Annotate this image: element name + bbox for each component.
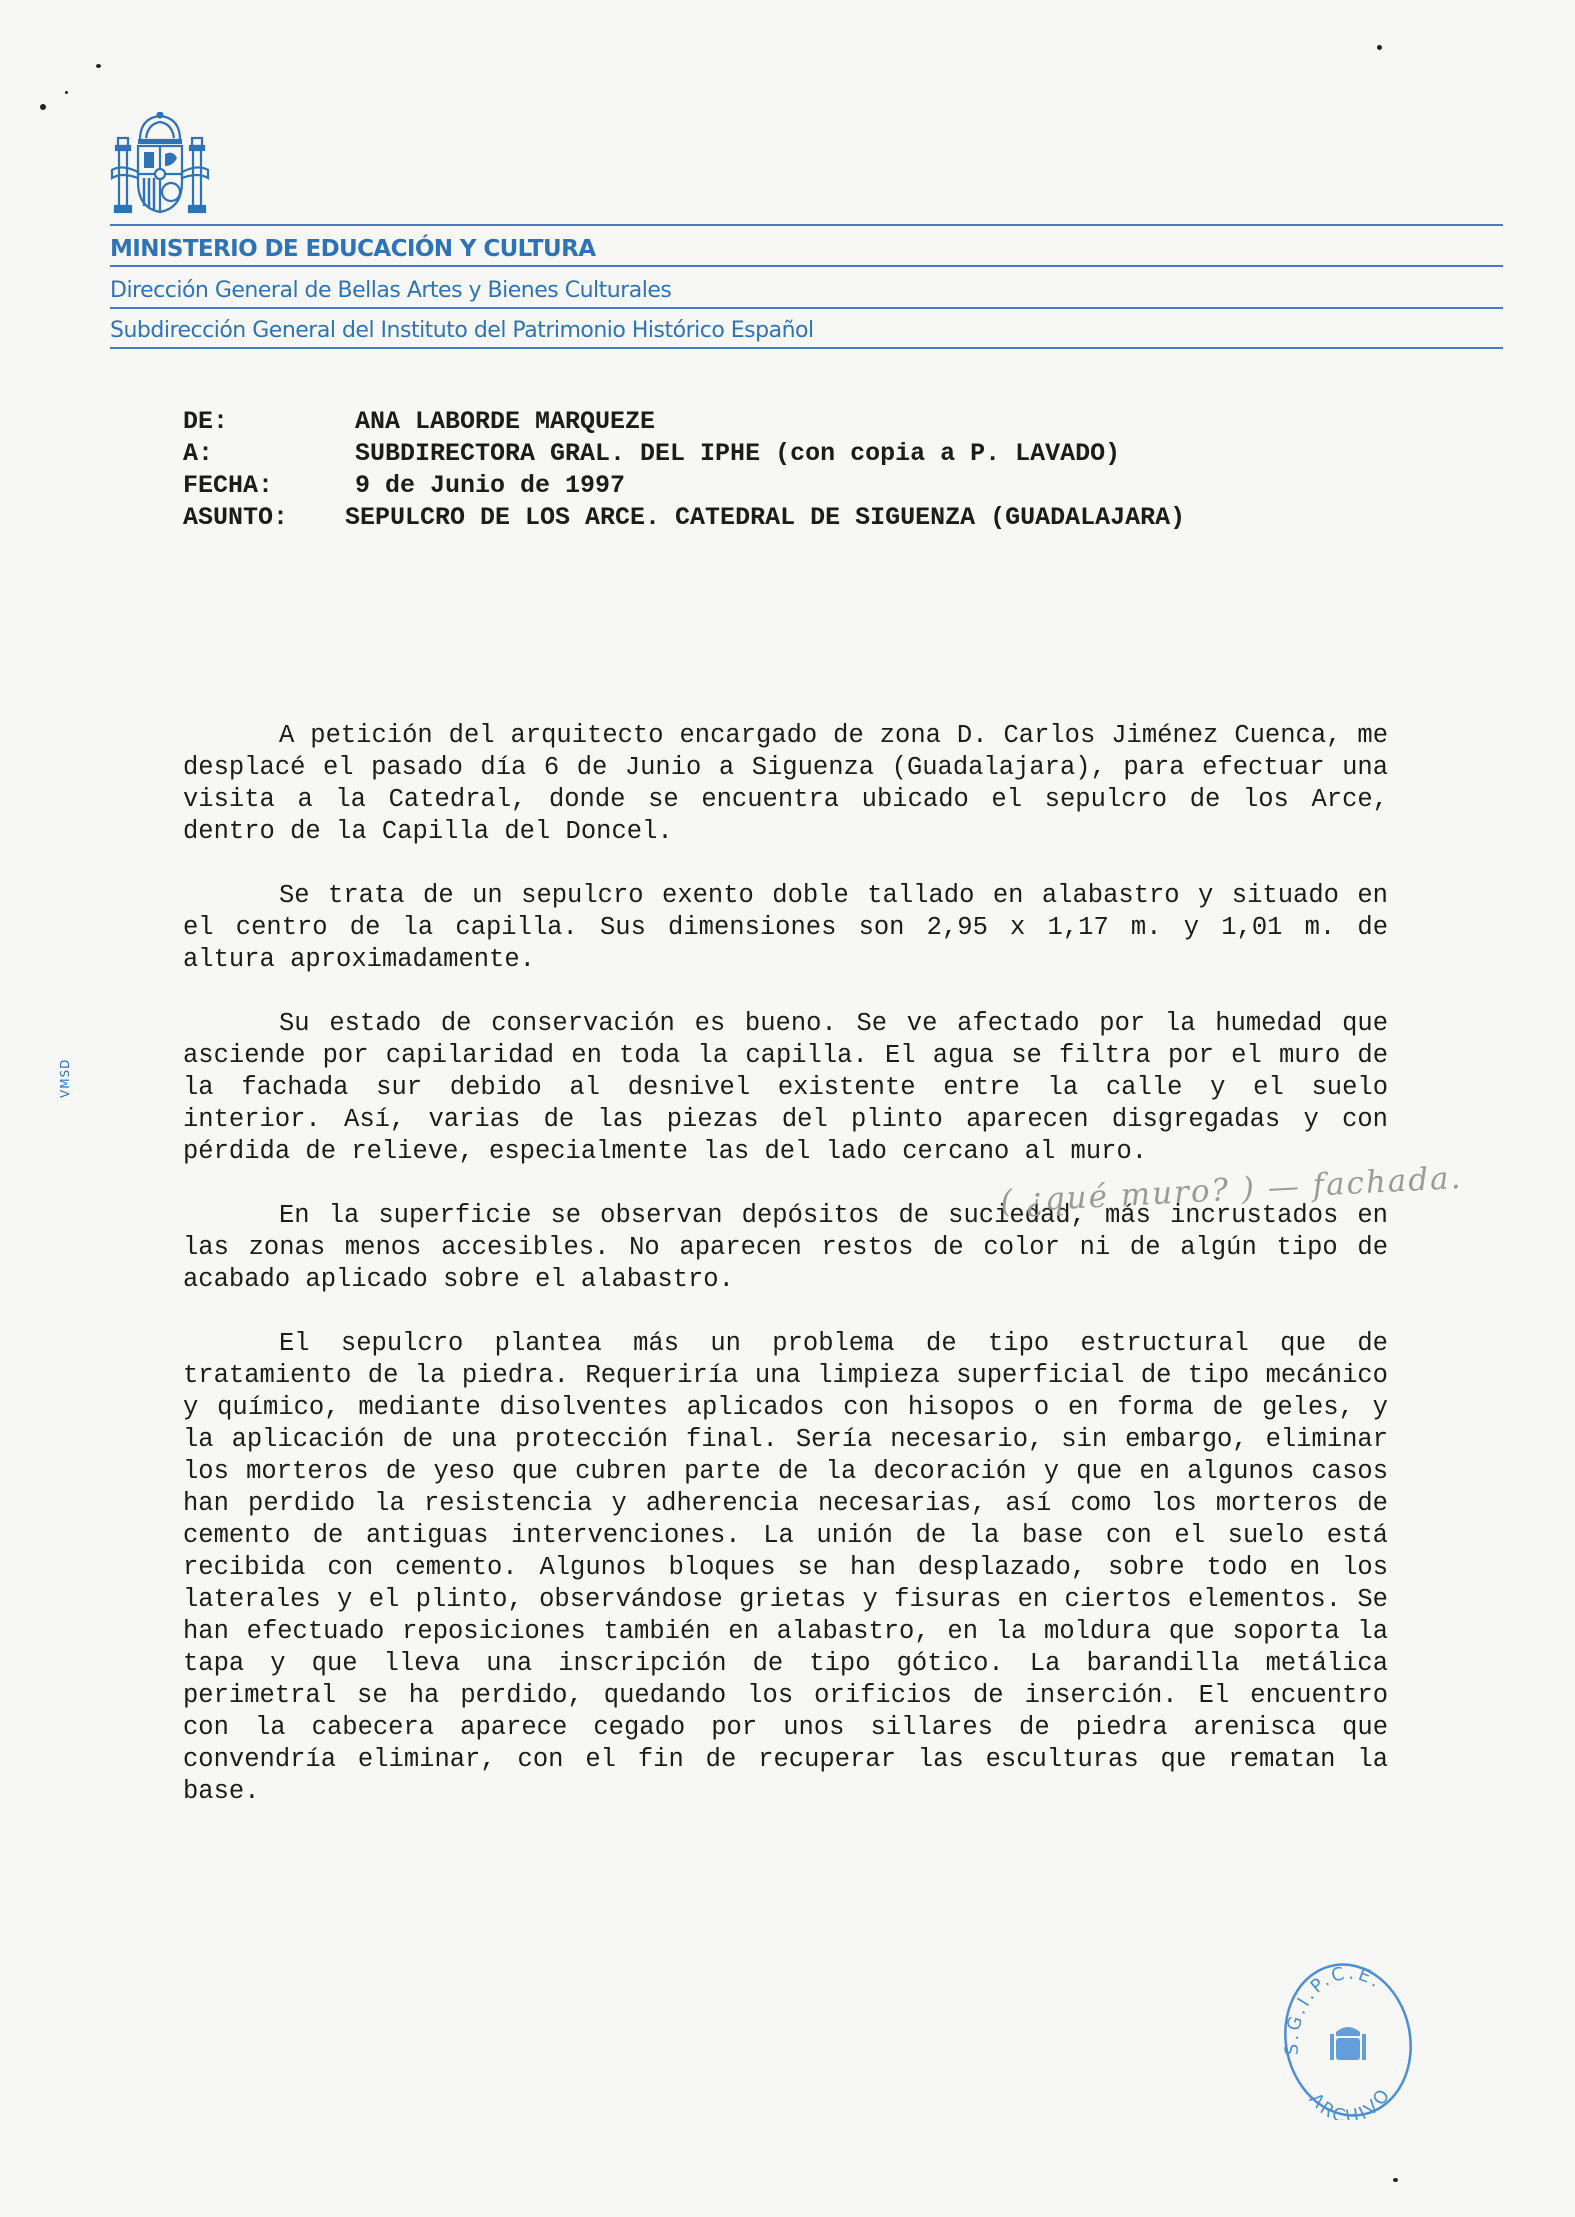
memo-date-value: 9 de Junio de 1997 xyxy=(355,470,625,502)
scan-speck xyxy=(1377,45,1382,50)
memo-date-label: FECHA: xyxy=(183,470,355,502)
memo-to-value: SUBDIRECTORA GRAL. DEL IPHE (con copia a… xyxy=(355,438,1120,470)
svg-text:ARCHIVO: ARCHIVO xyxy=(1305,2083,1396,2120)
stamp-top-text: S.G.I.P.C.E. xyxy=(1282,1963,1387,2056)
letterhead-rule xyxy=(110,224,1503,226)
memo-from-label: DE: xyxy=(183,406,355,438)
letterhead-rule xyxy=(110,307,1503,309)
body-paragraph: En la superficie se observan depósitos d… xyxy=(183,1200,1388,1296)
memo-to-row: A: SUBDIRECTORA GRAL. DEL IPHE (con copi… xyxy=(183,438,1185,470)
memo-subject-value: SEPULCRO DE LOS ARCE. CATEDRAL DE SIGUEN… xyxy=(345,502,1185,534)
memo-body: A petición del arquitecto encargado de z… xyxy=(183,720,1388,1840)
ministry-name: MINISTERIO DE EDUCACIÓN Y CULTURA xyxy=(110,236,595,262)
memo-subject-label: ASUNTO: xyxy=(183,502,345,534)
body-paragraph: Su estado de conservación es bueno. Se v… xyxy=(183,1008,1388,1168)
scan-speck xyxy=(1393,2178,1398,2182)
scan-speck xyxy=(40,104,46,110)
memo-header: DE: ANA LABORDE MARQUEZE A: SUBDIRECTORA… xyxy=(183,406,1185,534)
memo-from-value: ANA LABORDE MARQUEZE xyxy=(355,406,655,438)
letterhead-rule xyxy=(110,265,1503,267)
spain-coat-of-arms-icon xyxy=(110,112,210,218)
memo-to-label: A: xyxy=(183,438,355,470)
archive-stamp-icon: S.G.I.P.C.E. ARCHIVO xyxy=(1278,1960,1418,2120)
scan-speck xyxy=(65,91,68,94)
body-paragraph: El sepulcro plantea más un problema de t… xyxy=(183,1328,1388,1808)
directorate-name: Dirección General de Bellas Artes y Bien… xyxy=(110,278,671,303)
body-paragraph: A petición del arquitecto encargado de z… xyxy=(183,720,1388,848)
side-margin-mark: VMSD xyxy=(58,1059,72,1098)
stamp-bottom-text: ARCHIVO xyxy=(1305,2083,1396,2120)
body-paragraph: Se trata de un sepulcro exento doble tal… xyxy=(183,880,1388,976)
memo-subject-row: ASUNTO: SEPULCRO DE LOS ARCE. CATEDRAL D… xyxy=(183,502,1185,534)
memo-from-row: DE: ANA LABORDE MARQUEZE xyxy=(183,406,1185,438)
scan-speck xyxy=(96,64,101,68)
memo-date-row: FECHA: 9 de Junio de 1997 xyxy=(183,470,1185,502)
svg-text:S.G.I.P.C.E.: S.G.I.P.C.E. xyxy=(1282,1963,1387,2056)
letterhead-rule xyxy=(110,347,1503,349)
subdirectorate-name: Subdirección General del Instituto del P… xyxy=(110,318,814,343)
